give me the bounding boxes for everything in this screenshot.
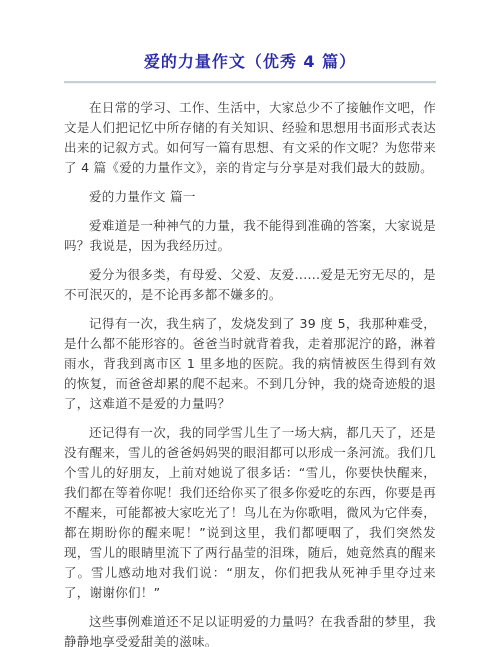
essay-paragraph-3: 记得有一次，我生病了，发烧发到了 39 度 5，我那种难受，是什么都不能形容的。… [64,314,436,414]
essay-paragraph-5: 这些事例难道还不足以证明爱的力量吗？在我香甜的梦里，我静静地享受爱甜美的滋味。 [64,612,436,647]
essay-paragraph-2: 爱分为很多类，有母爱、父爱、友爱......爱是无穷无尽的，是不可泯灭的，是不论… [64,265,436,305]
document-page: 爱的力量作文（优秀 4 篇） 在日常的学习、工作、生活中，大家总少不了接触作文吧… [0,0,500,647]
title-divider [64,81,436,84]
intro-paragraph: 在日常的学习、工作、生活中，大家总少不了接触作文吧，作文是人们把记忆中所存储的有… [64,98,436,178]
essay-paragraph-4: 还记得有一次，我的同学雪儿生了一场大病，都几天了，还是没有醒来，雪儿的爸爸妈妈哭… [64,423,436,603]
document-content: 爱的力量作文（优秀 4 篇） 在日常的学习、工作、生活中，大家总少不了接触作文吧… [0,0,500,647]
page-title: 爱的力量作文（优秀 4 篇） [64,50,436,74]
essay-paragraph-1: 爱难道是一种神气的力量，我不能得到准确的答案，大家说是吗？我说是，因为我经历过。 [64,216,436,256]
essay-body: 在日常的学习、工作、生活中，大家总少不了接触作文吧，作文是人们把记忆中所存储的有… [64,98,436,647]
section-heading: 爱的力量作文 篇一 [64,187,436,207]
